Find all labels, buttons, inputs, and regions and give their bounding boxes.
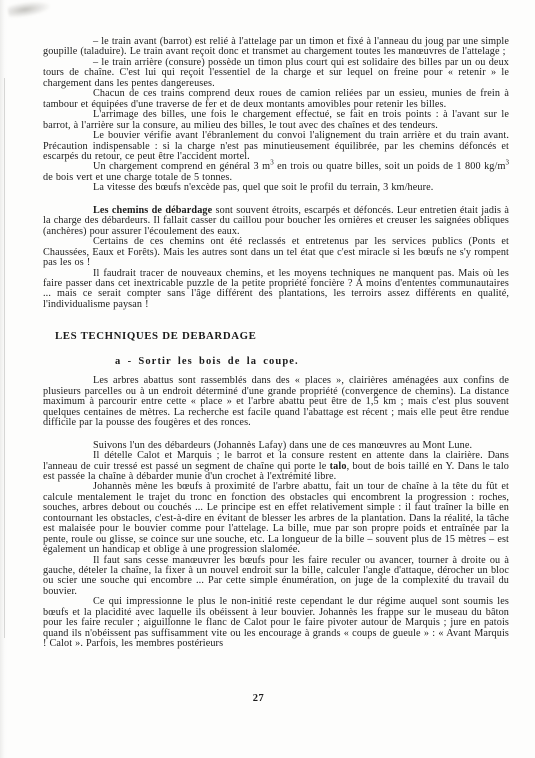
paragraph-manoeuvrer: Il faut sans cesse manœuvrer les bœufs p… [43, 556, 509, 598]
paragraph-train-arriere: – le train arrière (consure) possède un … [43, 58, 509, 89]
chargement-text-3: de bois vert et une charge totale de 5 t… [43, 172, 232, 183]
paragraph-nouveaux-chemins: Il faudrait tracer de nouveaux chemins, … [43, 269, 509, 311]
page-number: 27 [0, 693, 526, 704]
section-subheading: a - Sortir les bois de la coupe. [115, 356, 509, 367]
chargement-text-2: en trois ou quatre billes, soit un poids… [274, 161, 506, 172]
paragraph-train-avant: – le train avant (barrot) est relié à l'… [43, 37, 509, 58]
paragraph-certains-chemins: Certains de ces chemins ont été reclassé… [43, 237, 509, 268]
paragraph-impressionne: Ce qui impressionne le plus le non-initi… [43, 597, 509, 649]
paragraph-vitesse: La vitesse des bœufs n'excède pas, quel … [43, 183, 509, 193]
document-page: – le train avant (barrot) est relié à l'… [0, 0, 535, 758]
talo-bold: talo [330, 461, 347, 472]
scan-left-edge-line [4, 78, 5, 638]
paragraph-chargement: Un chargement comprend en général 3 m3 e… [43, 162, 509, 183]
paragraph-arrimage: L'arrimage des billes, une fois le charg… [43, 110, 509, 131]
paragraph-chemins-debardage: Les chemins de débardage sont souvent ét… [43, 206, 509, 237]
text-column: – le train avant (barrot) est relié à l'… [43, 37, 509, 650]
superscript-cubed-2: 3 [506, 159, 510, 167]
paragraph-johannes-mene: Johannès mène les bœufs à proximité de l… [43, 482, 509, 555]
paragraph-bouvier-verifie: Le bouvier vérifie avant l'ébranlement d… [43, 131, 509, 162]
chemins-bold-lead: Les chemins de débardage [93, 205, 212, 216]
paragraph-detelle: Il dételle Calot et Marquis ; le barrot … [43, 451, 509, 482]
section-heading: LES TECHNIQUES DE DEBARDAGE [55, 331, 509, 342]
paragraph-arbres-abattus: Les arbres abattus sont rassemblés dans … [43, 376, 509, 428]
chargement-text-1: Un chargement comprend en général 3 m [93, 161, 270, 172]
scan-smudge-artifact [7, 0, 51, 19]
paragraph-chacun-trains: Chacun de ces trains comprend deux roues… [43, 89, 509, 110]
